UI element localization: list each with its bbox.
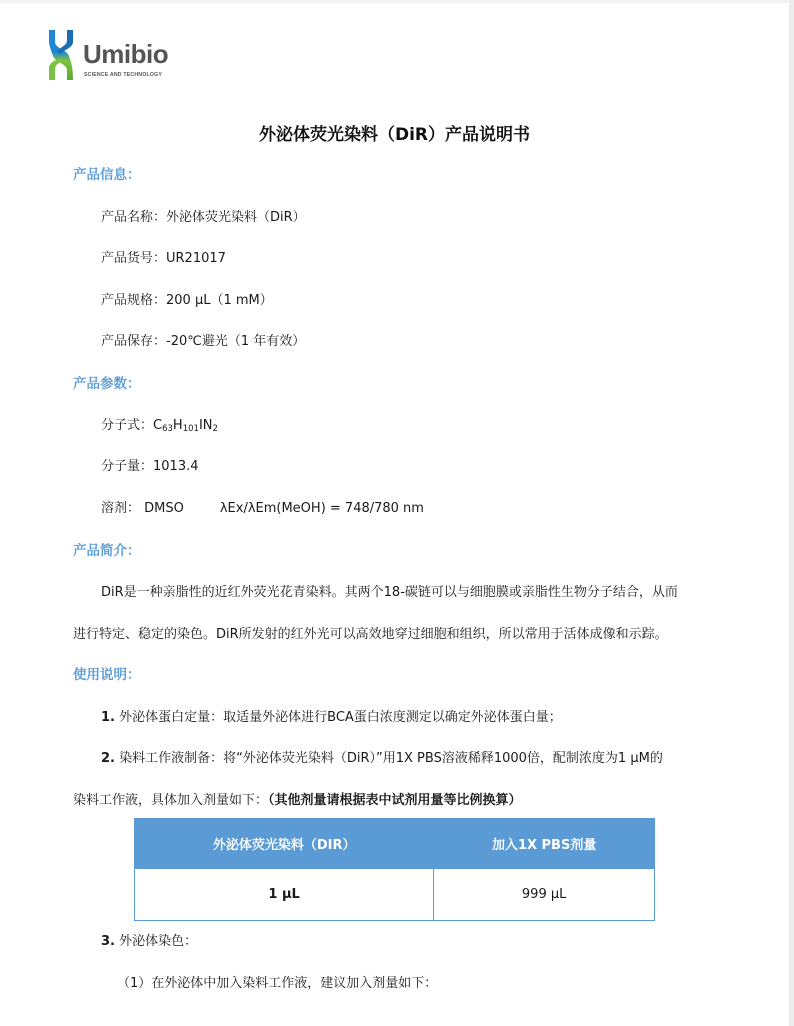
table-row: 1 μL 999 μL bbox=[135, 869, 655, 921]
brand-tagline: SCIENCE AND TECHNOLOGY bbox=[84, 72, 162, 78]
scrollbar-track[interactable] bbox=[789, 0, 794, 1026]
usage-step-2: 2. 染料工作液制备：将“外泌体荧光染料（DiR）”用1X PBS溶液稀释100… bbox=[101, 747, 663, 766]
molecular-weight: 分子量：1013.4 bbox=[101, 455, 199, 474]
solvent: 溶剂： DMSO bbox=[101, 501, 184, 516]
storage-condition: 产品保存：-20℃避光（1 年有效） bbox=[101, 330, 305, 349]
cell-pbs-volume: 999 μL bbox=[434, 869, 655, 921]
spectra: λEx/λEm(MeOH) = 748/780 nm bbox=[220, 501, 424, 516]
table-header-row: 外泌体荧光染料（DIR） 加入1X PBS剂量 bbox=[135, 819, 655, 869]
section-heading-product-params: 产品参数： bbox=[73, 372, 141, 392]
solvent-and-spectra: 溶剂： DMSOλEx/λEm(MeOH) = 748/780 nm bbox=[101, 497, 424, 516]
intro-line-1: DiR是一种亲脂性的近红外荧光花青染料。其两个18-碳链可以与细胞膜或亲脂性生物… bbox=[101, 581, 678, 600]
conversion-note: （其他剂量请根据表中试剂用量等比例换算） bbox=[268, 793, 522, 808]
intro-line-2: 进行特定、稳定的染色。DiR所发射的红外光可以高效地穿过细胞和组织，所以常用于活… bbox=[73, 623, 668, 642]
catalog-number: 产品货号：UR21017 bbox=[101, 247, 226, 266]
section-heading-intro: 产品简介： bbox=[73, 539, 141, 559]
column-header-pbs: 加入1X PBS剂量 bbox=[434, 819, 655, 869]
document-title: 外泌体荧光染料（DiR）产品说明书 bbox=[0, 120, 789, 145]
dna-logo-icon bbox=[47, 30, 75, 80]
usage-step-1: 1. 外泌体蛋白定量：取适量外泌体进行BCA蛋白浓度测定以确定外泌体蛋白量； bbox=[101, 706, 562, 725]
cell-dye-volume: 1 μL bbox=[135, 869, 434, 921]
section-heading-product-info: 产品信息： bbox=[73, 163, 141, 183]
umibio-logo: Umibio SCIENCE AND TECHNOLOGY bbox=[47, 30, 187, 82]
product-spec: 产品规格：200 μL（1 mM） bbox=[101, 289, 273, 308]
usage-step-3-sub-1: （1）在外泌体中加入染料工作液，建议加入剂量如下： bbox=[117, 972, 437, 991]
brand-name: Umibio bbox=[83, 41, 168, 67]
molecular-formula: 分子式：C63H101IN2 bbox=[101, 414, 218, 434]
dilution-table: 外泌体荧光染料（DIR） 加入1X PBS剂量 1 μL 999 μL bbox=[134, 818, 655, 921]
usage-step-2-continued: 染料工作液，具体加入剂量如下：（其他剂量请根据表中试剂用量等比例换算） bbox=[73, 789, 522, 808]
section-heading-usage: 使用说明： bbox=[73, 663, 141, 683]
column-header-dye: 外泌体荧光染料（DIR） bbox=[135, 819, 434, 869]
product-name: 产品名称：外泌体荧光染料（DiR） bbox=[101, 206, 306, 225]
document-page: Umibio SCIENCE AND TECHNOLOGY 外泌体荧光染料（Di… bbox=[0, 3, 789, 1026]
usage-step-3: 3. 外泌体染色： bbox=[101, 930, 197, 949]
